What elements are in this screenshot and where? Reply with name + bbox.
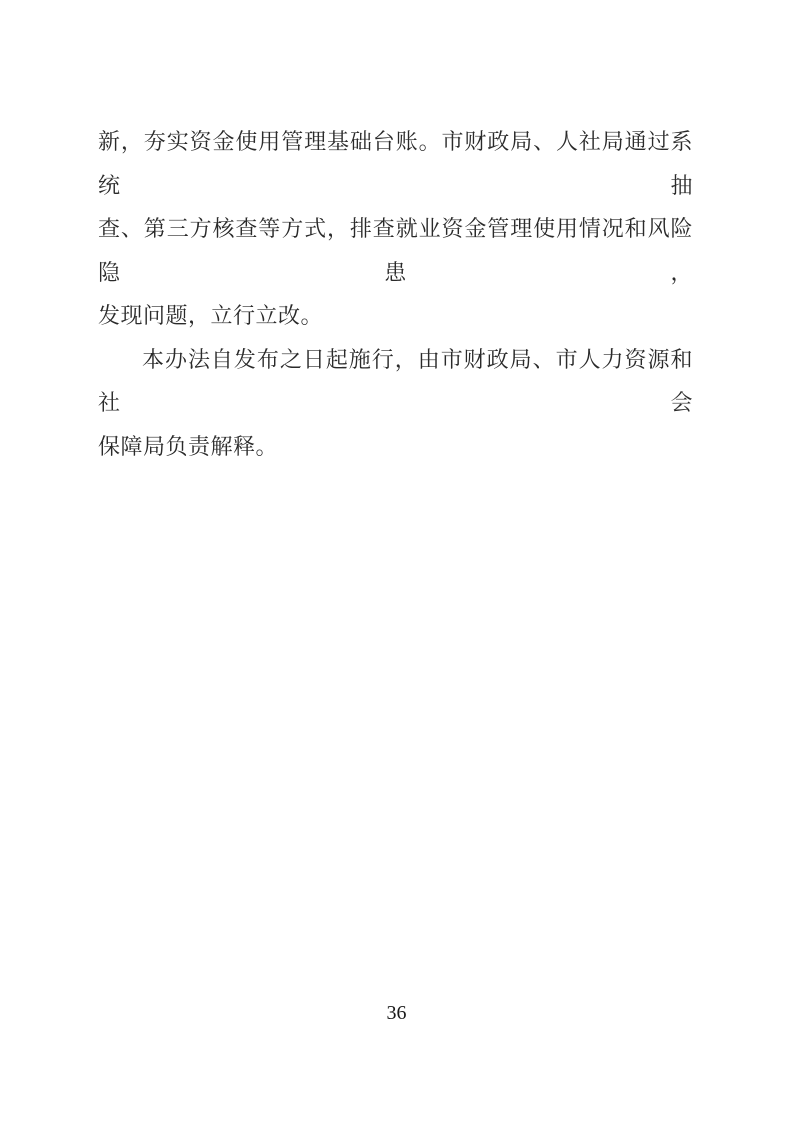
- text-line: 新，夯实资金使用管理基础台账。市财政局、人社局通过系统抽: [98, 121, 693, 208]
- text-line: 本办法自发布之日起施行，由市财政局、市人力资源和社会: [98, 339, 693, 426]
- document-text: 新，夯实资金使用管理基础台账。市财政局、人社局通过系统抽 查、第三方核查等方式，…: [98, 121, 693, 469]
- paragraph: 本办法自发布之日起施行，由市财政局、市人力资源和社会 保障局负责解释。: [98, 339, 693, 470]
- page-number: 36: [0, 1002, 793, 1025]
- document-page: 新，夯实资金使用管理基础台账。市财政局、人社局通过系统抽 查、第三方核查等方式，…: [0, 0, 793, 1122]
- paragraph: 新，夯实资金使用管理基础台账。市财政局、人社局通过系统抽 查、第三方核查等方式，…: [98, 121, 693, 339]
- text-line: 发现问题，立行立改。: [98, 295, 693, 339]
- text-line: 保障局负责解释。: [98, 426, 693, 470]
- text-line: 查、第三方核查等方式，排查就业资金管理使用情况和风险隐患，: [98, 208, 693, 295]
